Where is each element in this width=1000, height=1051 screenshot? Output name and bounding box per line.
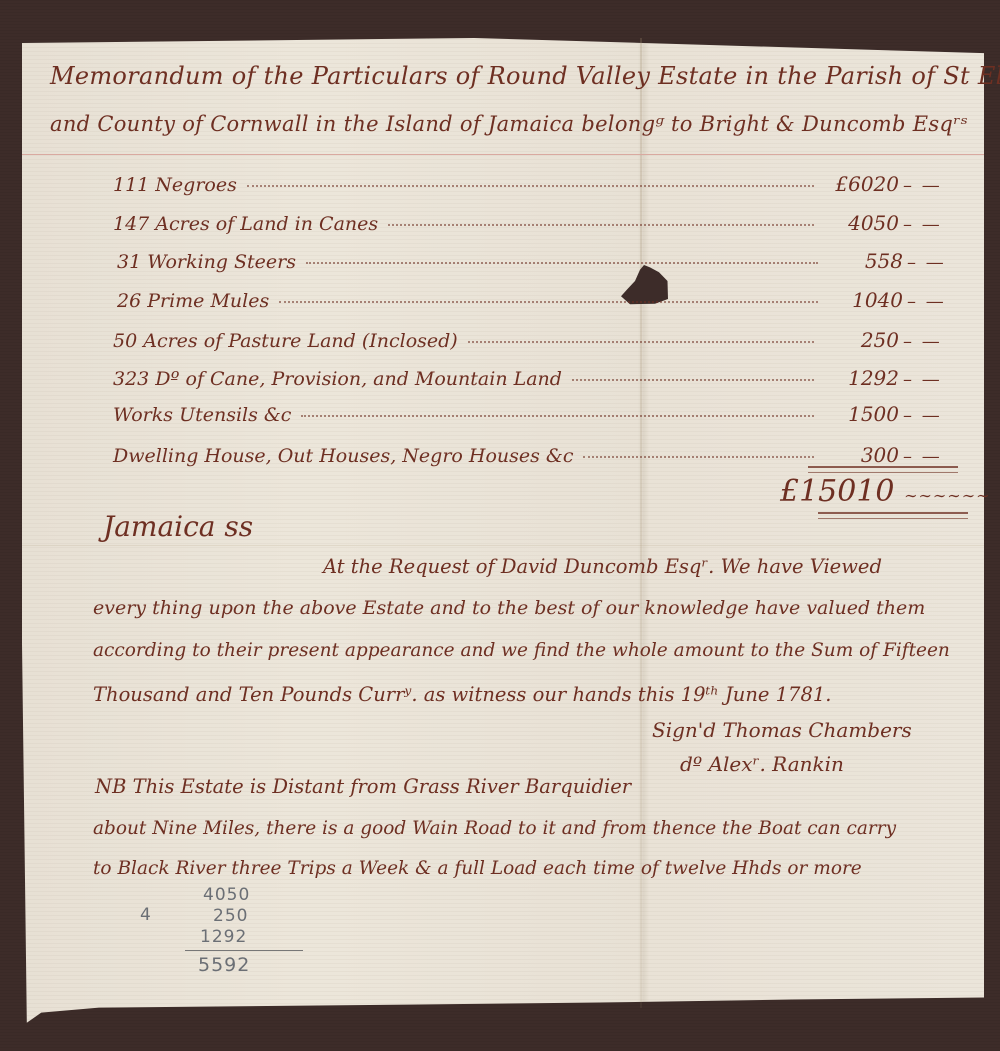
total-amount: £15010 [780, 474, 895, 509]
header-ruled-line [22, 154, 984, 155]
note-line-3: to Black River three Trips a Week & a fu… [93, 858, 862, 879]
certificate-line-2: every thing upon the above Estate and to… [93, 597, 925, 619]
leader-dots [247, 184, 814, 187]
amount-flourish: – — [907, 252, 967, 273]
certificate-line-4: Thousand and Ten Pounds Currʸ. as witnes… [93, 683, 831, 706]
valuation-row: 147 Acres of Land in Canes 4050 – — [113, 211, 963, 241]
item-amount: 4050 [824, 211, 899, 235]
item-description: Dwelling House, Out Houses, Negro Houses… [113, 445, 573, 467]
leader-dots [388, 223, 814, 226]
note-line-1: NB This Estate is Distant from Grass Riv… [95, 775, 631, 798]
amount-flourish: – — [903, 369, 963, 390]
item-amount: 1292 [824, 366, 899, 390]
horizontal-fold-crease [22, 545, 984, 546]
total-upper-rule [808, 466, 958, 473]
leader-dots [583, 455, 814, 458]
item-description: Works Utensils &c [113, 404, 291, 426]
valuation-row: 323 Dº of Cane, Provision, and Mountain … [113, 366, 963, 396]
leader-dots [306, 261, 818, 264]
amount-flourish: – — [903, 175, 963, 196]
item-description: 50 Acres of Pasture Land (Inclosed) [113, 330, 458, 352]
valuation-row: 111 Negroes £6020 – — [113, 172, 963, 202]
memorandum-title-line-2: and County of Cornwall in the Island of … [50, 112, 968, 136]
memorandum-title-line-1: Memorandum of the Particulars of Round V… [50, 62, 1000, 90]
pencil-sum: 5592 [198, 954, 250, 976]
signature-alexander-rankin: dº Alexʳ. Rankin [680, 752, 844, 776]
certificate-line-3: according to their present appearance an… [93, 640, 950, 661]
venue-heading: Jamaica ss [103, 510, 253, 543]
note-line-2: about Nine Miles, there is a good Wain R… [93, 818, 896, 839]
item-amount: 250 [824, 328, 899, 352]
item-description: 31 Working Steers [117, 251, 296, 273]
item-amount: 558 [828, 249, 903, 273]
pencil-addend: 4050 [203, 885, 250, 905]
leader-dots [279, 300, 818, 303]
item-description: 111 Negroes [113, 174, 237, 196]
amount-flourish: – — [903, 405, 963, 426]
leader-dots [572, 378, 814, 381]
pencil-sum-rule [185, 950, 303, 951]
item-amount: 300 [824, 443, 899, 467]
amount-flourish: – — [903, 446, 963, 467]
pencil-addend: 250 [213, 906, 248, 926]
valuation-row: 50 Acres of Pasture Land (Inclosed) 250 … [113, 328, 963, 358]
item-description: 147 Acres of Land in Canes [113, 213, 378, 235]
item-amount: 1500 [824, 402, 899, 426]
leader-dots [301, 414, 814, 417]
valuation-row: 26 Prime Mules 1040 – — [117, 288, 967, 318]
total-lower-rule [818, 512, 968, 519]
valuation-row: 31 Working Steers 558 – — [117, 249, 967, 279]
item-description: 26 Prime Mules [117, 290, 269, 312]
item-description: 323 Dº of Cane, Provision, and Mountain … [113, 368, 562, 390]
item-amount: £6020 [824, 172, 899, 196]
leader-dots [468, 340, 814, 343]
valuation-row: Works Utensils &c 1500 – — [113, 402, 963, 432]
pencil-addend: 1292 [200, 927, 247, 947]
certificate-line-1: At the Request of David Duncomb Esqʳ. We… [323, 555, 882, 578]
amount-flourish: – — [903, 214, 963, 235]
pencil-margin-mark: 4 [140, 905, 152, 925]
signature-thomas-chambers: Sign'd Thomas Chambers [652, 718, 912, 742]
amount-flourish: – — [903, 331, 963, 352]
item-amount: 1040 [828, 288, 903, 312]
valuation-total: £15010 ∼∼∼∼∼∼ [780, 474, 991, 509]
amount-flourish: – — [907, 291, 967, 312]
total-flourish: ∼∼∼∼∼∼ [904, 486, 990, 505]
